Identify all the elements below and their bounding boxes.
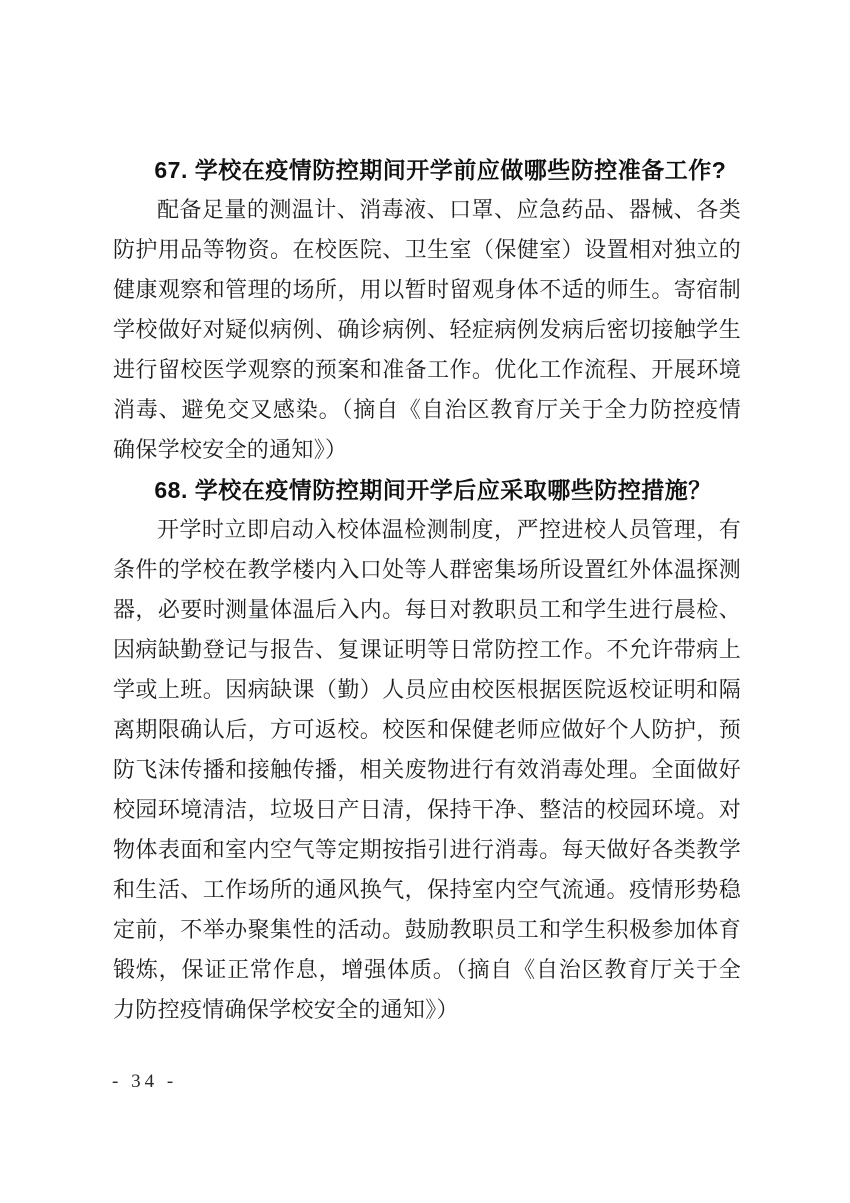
question-67-answer: 配备足量的测温计、消毒液、口罩、应急药品、器械、各类防护用品等物资。在校医院、卫… xyxy=(113,190,741,470)
page-number: - 34 - xyxy=(112,1070,177,1094)
question-68-answer: 开学时立即启动入校体温检测制度，严控进校人员管理，有条件的学校在教学楼内入口处等… xyxy=(113,510,741,1030)
question-68-heading: 68. 学校在疫情防控期间开学后应采取哪些防控措施？ xyxy=(113,470,741,510)
question-67-heading: 67. 学校在疫情防控期间开学前应做哪些防控准备工作? xyxy=(113,150,741,190)
document-page: 67. 学校在疫情防控期间开学前应做哪些防控准备工作? 配备足量的测温计、消毒液… xyxy=(0,0,850,1203)
page-content: 67. 学校在疫情防控期间开学前应做哪些防控准备工作? 配备足量的测温计、消毒液… xyxy=(113,150,741,1030)
